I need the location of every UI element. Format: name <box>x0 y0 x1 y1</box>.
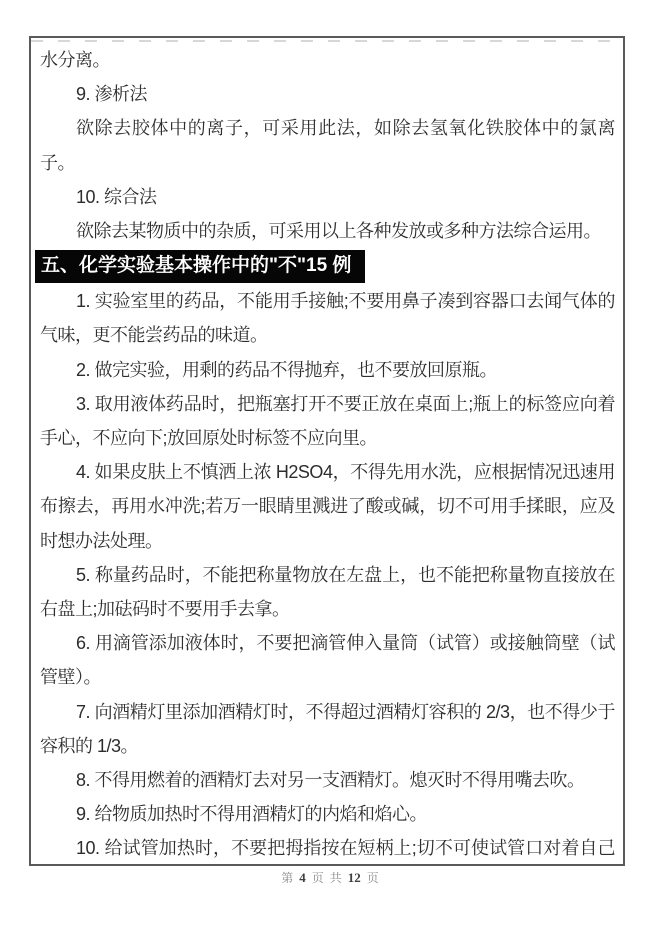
document-paragraph: 1. 实验室里的药品，不能用手接触;不要用鼻子凑到容器口去闻气体的气味，更不能尝… <box>40 284 615 352</box>
document-paragraph: 欲除去某物质中的杂质，可采用以上各种发放或多种方法综合运用。 <box>40 214 615 248</box>
document-paragraph: 8. 不得用燃着的酒精灯去对另一支酒精灯。熄灭时不得用嘴去吹。 <box>40 763 615 797</box>
document-paragraph: 5. 称量药品时，不能把称量物放在左盘上，也不能把称量物直接放在右盘上;加砝码时… <box>40 558 615 626</box>
document-paragraph: 欲除去胶体中的离子，可采用此法，如除去氢氧化铁胶体中的氯离子。 <box>40 111 615 179</box>
document-content-frame: 水分离。9. 渗析法欲除去胶体中的离子，可采用此法，如除去氢氧化铁胶体中的氯离子… <box>29 36 625 866</box>
document-paragraph: 6. 用滴管添加液体时，不要把滴管伸入量筒（试管）或接触筒壁（试管壁）。 <box>40 626 615 694</box>
footer-prefix-label: 第 <box>281 869 293 886</box>
document-paragraph: 2. 做完实验，用剩的药品不得抛弃，也不要放回原瓶。 <box>40 353 615 387</box>
document-paragraph: 4. 如果皮肤上不慎洒上浓 H2SO4，不得先用水洗，应根据情况迅速用布擦去，再… <box>40 455 615 558</box>
total-pages: 12 <box>348 870 361 886</box>
footer-of-label: 共 <box>330 869 342 886</box>
document-body: 水分离。9. 渗析法欲除去胶体中的离子，可采用此法，如除去氢氧化铁胶体中的氯离子… <box>31 38 623 866</box>
footer-page-label: 页 <box>312 869 324 886</box>
document-paragraph: 10. 给试管加热时，不要把拇指按在短柄上;切不可使试管口对着自己或旁人;液体的… <box>40 831 615 866</box>
document-paragraph: 7. 向酒精灯里添加酒精灯时，不得超过酒精灯容积的 2/3，也不得少于容积的 1… <box>40 695 615 763</box>
footer-pages-label: 页 <box>367 869 379 886</box>
section-heading: 五、化学实验基本操作中的"不"15 例 <box>35 250 365 283</box>
document-paragraph: 9. 渗析法 <box>40 77 615 111</box>
document-paragraph: 9. 给物质加热时不得用酒精灯的内焰和焰心。 <box>40 797 615 831</box>
document-paragraph: 3. 取用液体药品时，把瓶塞打开不要正放在桌面上;瓶上的标签应向着手心，不应向下… <box>40 387 615 455</box>
page-number: 4 <box>299 870 306 886</box>
page-footer: 第 4 页 共 12 页 <box>0 869 660 886</box>
document-paragraph: 10. 综合法 <box>40 180 615 214</box>
document-paragraph: 水分离。 <box>40 43 615 77</box>
document-page: 水分离。9. 渗析法欲除去胶体中的离子，可采用此法，如除去氢氧化铁胶体中的氯离子… <box>0 0 660 933</box>
